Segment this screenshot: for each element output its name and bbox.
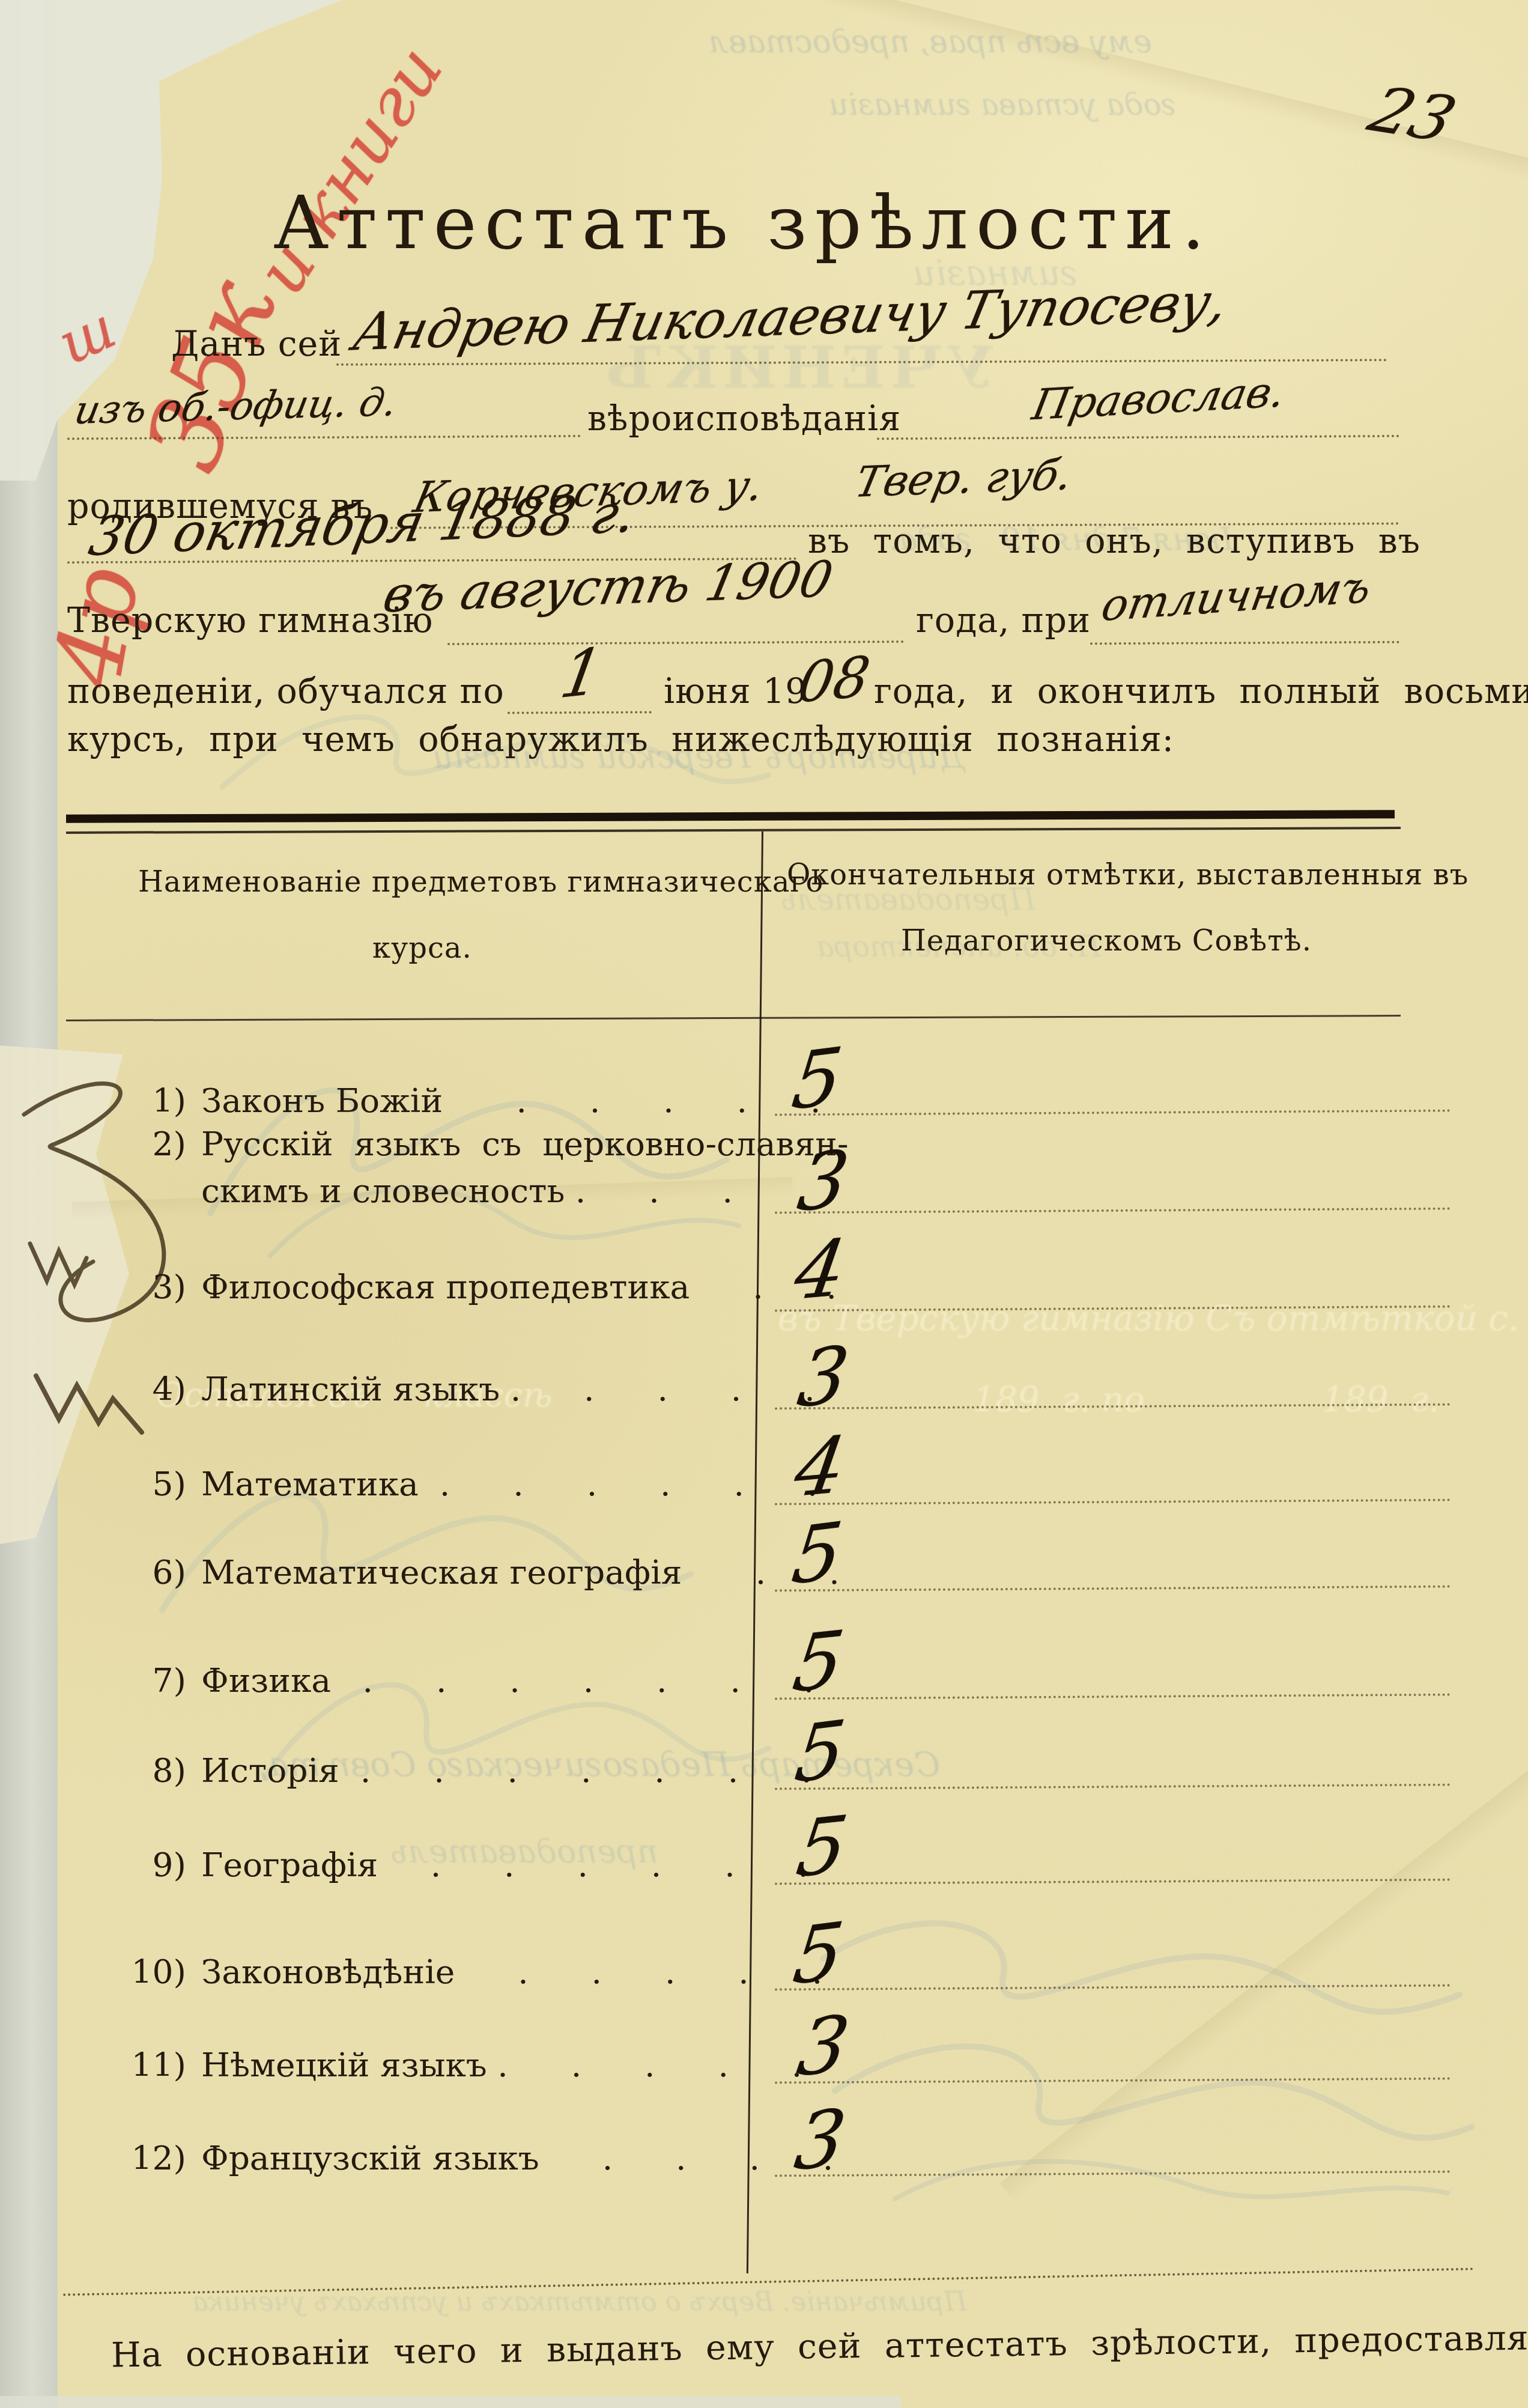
- given-label: Данъ сей: [171, 324, 342, 364]
- row-subject: Французскій языкъ . . . .: [201, 2139, 833, 2177]
- page-number: 23: [1359, 73, 1466, 156]
- row-number: 11): [84, 2046, 186, 2084]
- bleedthrough-text: 189 г. по 189 г.: [973, 1379, 1439, 1420]
- grade-underline: [775, 1499, 1451, 1506]
- row-number: 1): [84, 1081, 186, 1120]
- bleedthrough-text: ему всѣ прав, предоставл: [709, 24, 1152, 60]
- row-number: 12): [84, 2139, 186, 2177]
- grade-underline: [775, 1586, 1451, 1592]
- row-subject: Русскій языкъ съ церковно-славян-: [201, 1125, 849, 1163]
- row-number: 9): [84, 1846, 186, 1884]
- entry-date-handwritten: въ августѣ 1900: [378, 551, 838, 624]
- document-title: Аттестатъ зрѣлости.: [273, 180, 1213, 266]
- grade-underline: [775, 1694, 1451, 1700]
- row-number: 8): [84, 1751, 186, 1790]
- fill-line: [877, 435, 1399, 440]
- bleedthrough-text: года устава гимназіи: [829, 87, 1177, 122]
- row-subject: Законъ Божій . . . . .: [201, 1081, 820, 1120]
- study-year-handwritten: 08: [794, 644, 875, 716]
- row-number: 5): [84, 1465, 186, 1503]
- row-grade-handwritten: 3: [793, 1329, 854, 1426]
- row-number: 2): [84, 1125, 186, 1163]
- table-header-left-2: курса.: [372, 931, 472, 965]
- clause-okonchil: года, и окончилъ полный восьмиклассный: [874, 672, 1528, 711]
- table-top-thin-rule: [66, 827, 1401, 834]
- faith-label: вѣроисповѣданія: [587, 399, 901, 439]
- grade-underline: [775, 1208, 1451, 1214]
- row-number: 3): [84, 1268, 186, 1306]
- row-subject: Географія . . . . . .: [201, 1846, 808, 1884]
- clause-goda-pri: года, при: [916, 601, 1091, 640]
- row-number: 7): [84, 1661, 186, 1700]
- faith-handwritten: Православ.: [1028, 367, 1290, 430]
- row-grade-handwritten: 5: [788, 1614, 849, 1710]
- table-header-underline: [66, 1015, 1401, 1021]
- clause-vstupiv: въ томъ, что онъ, вступивъ въ: [808, 521, 1420, 561]
- footer-sentence: На основаніи чего и выданъ ему сей аттес…: [111, 2317, 1528, 2376]
- row-subject: Математика . . . . . .: [201, 1465, 817, 1503]
- table-header-right: Окончательныя отмѣтки, выставленныя въ: [787, 858, 1469, 892]
- bleedthrough-flourish: [144, 1430, 715, 1658]
- row-subject: Законовѣдѣніе . . . . .: [201, 1953, 822, 1991]
- row-subject: Математическая географія . .: [201, 1553, 840, 1592]
- scan-bottom-edge: [0, 2396, 901, 2408]
- clause-kurs: курсъ, при чемъ обнаружилъ нижеслѣдующія…: [67, 720, 1174, 759]
- row-subject-line2: скимъ и словесность . . . .: [201, 1172, 806, 1210]
- grade-underline: [775, 1110, 1451, 1116]
- bleedthrough-text: въ Тверскую гимназію Съ отмѣткой с.: [778, 1298, 1519, 1339]
- row-grade-handwritten: 4: [789, 1420, 852, 1515]
- fill-line: [1090, 641, 1399, 645]
- row-number: 10): [84, 1953, 186, 1991]
- gymnasium-label: Тверскую гимназію: [67, 601, 433, 640]
- row-number: 4): [84, 1370, 186, 1408]
- row-subject: Нѣмецкій языкъ . . . . .: [201, 2046, 802, 2084]
- origin-handwritten: изъ об.-офиц. д.: [71, 380, 400, 433]
- row-grade-handwritten: 5: [792, 1799, 853, 1896]
- clause-povedenii: поведеніи, обучался по: [67, 672, 505, 711]
- row-subject: Исторія . . . . . . .: [201, 1751, 812, 1790]
- clause-iyunya: іюня 19: [664, 672, 807, 711]
- table-header-left: Наименованіе предметовъ гимназическаго: [138, 865, 823, 899]
- conduct-handwritten: отличномъ: [1098, 561, 1375, 631]
- row-grade-handwritten: 5: [790, 1703, 850, 1801]
- certificate-scan-page: ему всѣ прав, предоставл года устава гим…: [0, 0, 1528, 2408]
- row-subject: Философская пропедевтика . .: [201, 1268, 837, 1306]
- row-subject: Латинскій языкъ . . . . .: [201, 1370, 815, 1408]
- row-number: 6): [84, 1553, 186, 1592]
- grade-underline: [775, 1784, 1451, 1790]
- grade-underline: [775, 1879, 1451, 1885]
- red-price-mark-2: 35к: [123, 265, 300, 485]
- row-subject: Физика . . . . . . .: [201, 1661, 814, 1700]
- red-word-mark: и книги: [240, 32, 459, 308]
- fill-line: [447, 640, 904, 645]
- table-header-right-2: Педагогическомъ Совѣтѣ.: [901, 924, 1312, 958]
